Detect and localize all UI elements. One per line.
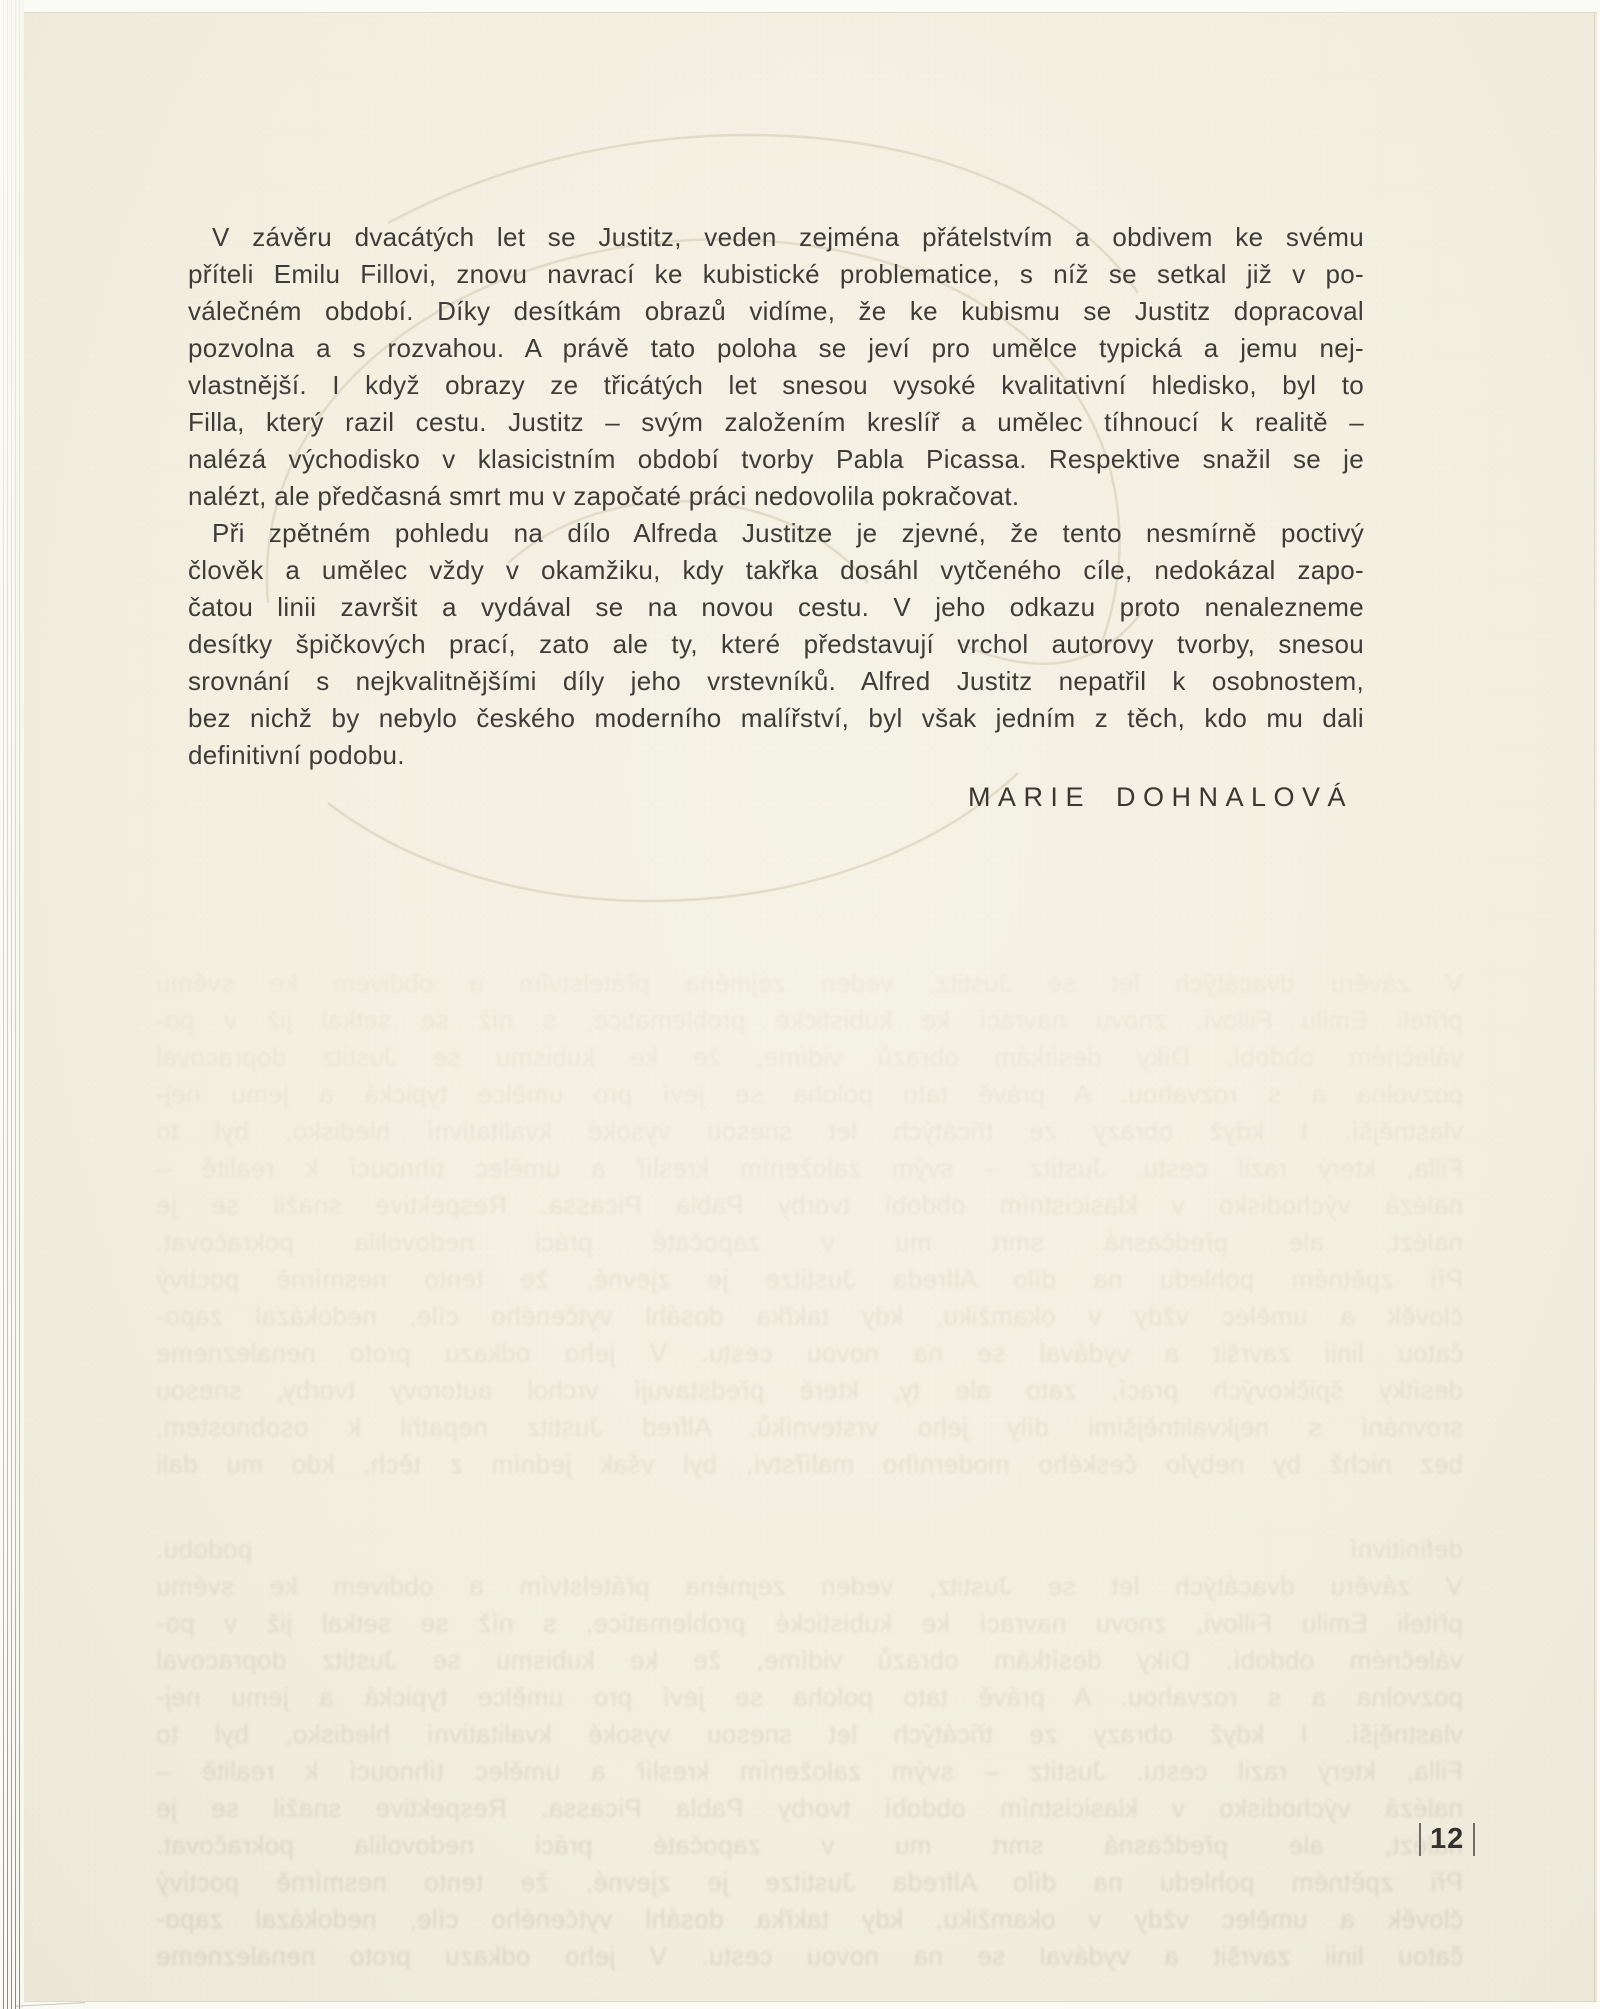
text-line: čatou linii završit a vydával se na novo…	[188, 589, 1364, 626]
page-curl-line	[13, 1958, 85, 2007]
page-number-right-bar	[1473, 1823, 1475, 1856]
page-number: 12	[1430, 1823, 1464, 1856]
page-number-box: 12	[1419, 1823, 1475, 1856]
page-edge-line	[3, 0, 4, 2009]
text-line: nalézá východisko v klasicistním období …	[188, 441, 1364, 478]
text-line: Při zpětném pohledu na dílo Alfreda Just…	[188, 515, 1364, 552]
text-line: člověk a umělec vždy v okamžiku, kdy tak…	[188, 552, 1364, 589]
book-page-scan: V závěru dvacátých let se Justitz, veden…	[8, 12, 1597, 2002]
text-line: pozvolna a s rozvahou. A právě tato polo…	[188, 330, 1364, 367]
page-edge-line	[15, 0, 16, 2009]
article-text: V závěru dvacátých let se Justitz, veden…	[188, 219, 1364, 774]
text-line: srovnání s nejkvalitnějšími díly jeho vr…	[188, 663, 1364, 700]
text-line: V závěru dvacátých let se Justitz, veden…	[188, 219, 1364, 256]
text-line: válečném období. Díky desítkám obrazů vi…	[188, 293, 1364, 330]
page-stack-edge	[0, 0, 24, 2009]
page-edge-line	[19, 0, 20, 2009]
text-line: bez nichž by nebylo českého moderního ma…	[188, 700, 1364, 737]
text-line: vlastnější. I když obrazy ze třicátých l…	[188, 367, 1364, 404]
author-name: MARIE DOHNALOVÁ	[968, 779, 1353, 816]
text-line: Filla, který razil cestu. Justitz – svým…	[188, 404, 1364, 441]
page-number-left-bar	[1419, 1823, 1421, 1856]
text-line: desítky špičkových prací, zato ale ty, k…	[188, 626, 1364, 663]
page-edge-line	[11, 0, 12, 2009]
page-edge-line	[7, 0, 8, 2009]
text-line: nalézt, ale předčasná smrt mu v započaté…	[188, 478, 1364, 515]
text-line: definitivní podobu.	[188, 737, 1364, 774]
scan-right-edge-line	[1594, 13, 1595, 2001]
text-line: příteli Emilu Fillovi, znovu navrací ke …	[188, 256, 1364, 293]
